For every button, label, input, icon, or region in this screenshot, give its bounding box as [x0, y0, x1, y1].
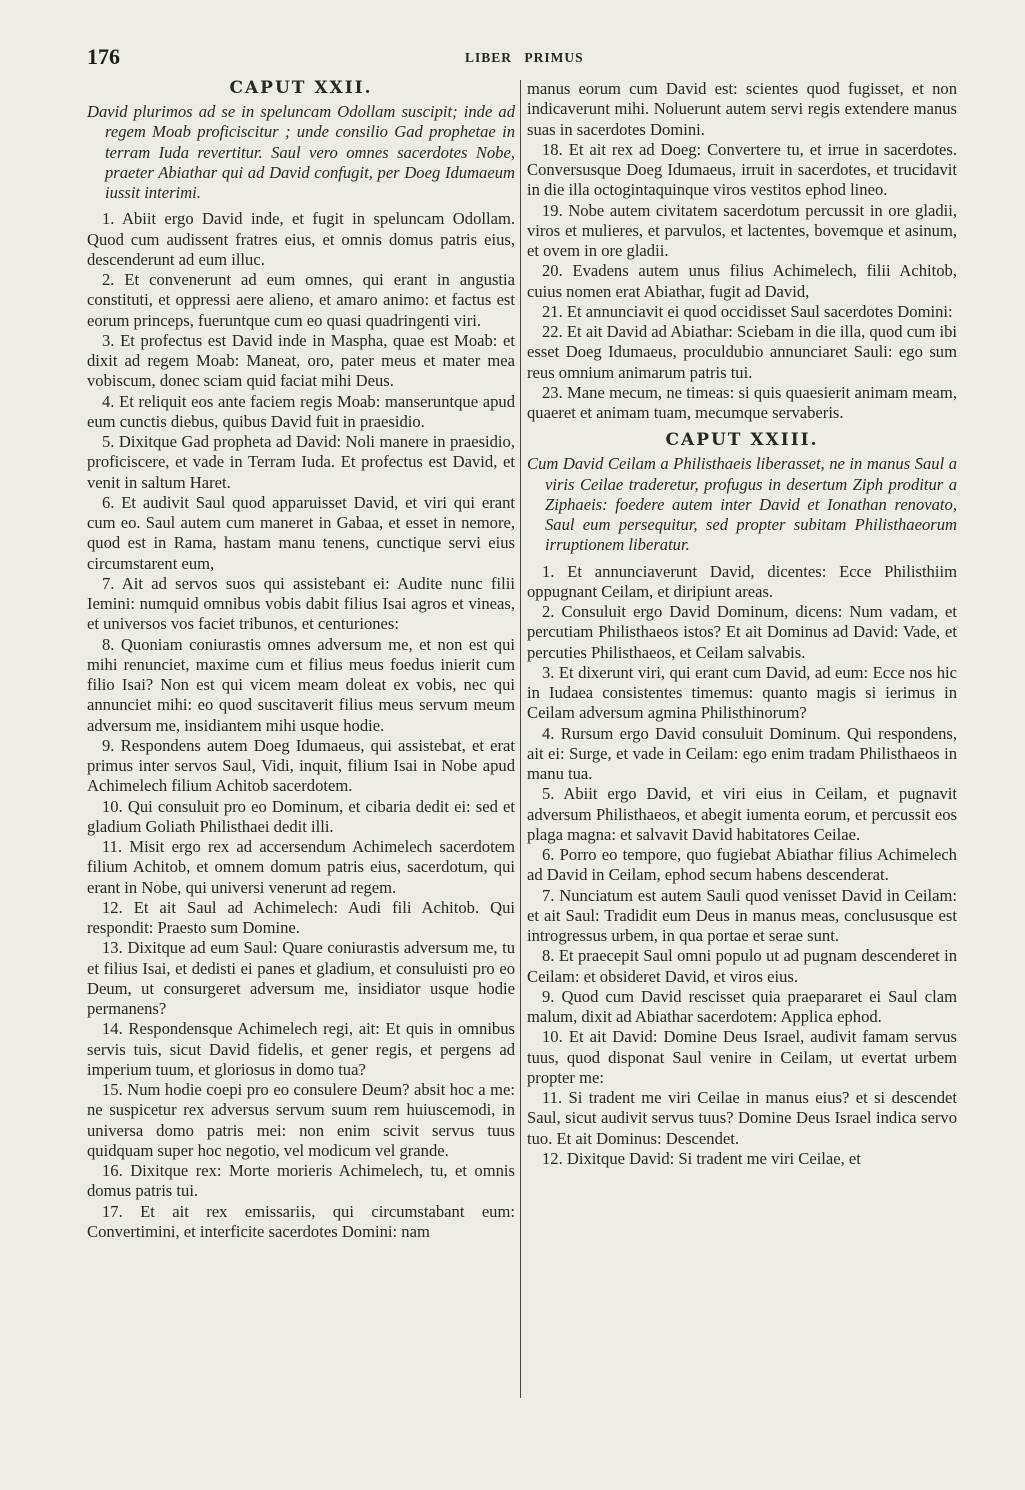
chapter-title: CAPUT XXII.	[87, 78, 515, 98]
verse-number: 11.	[102, 837, 122, 856]
verse: 14. Respondensque Achimelech regi, ait: …	[87, 1019, 515, 1080]
verse-text: Et ait David ad Abiathar: Sciebam in die…	[527, 322, 957, 382]
verse: 4. Et reliquit eos ante faciem regis Moa…	[87, 392, 515, 433]
verse-number: 8.	[542, 946, 554, 965]
verse: 3. Et dixerunt viri, qui erant cum David…	[527, 663, 957, 724]
verse: 8. Et praecepit Saul omni populo ut ad p…	[527, 946, 957, 987]
left-column: CAPUT XXII. David plurimos ad se in spel…	[87, 78, 515, 1242]
verse-number: 4.	[542, 724, 554, 743]
verse-number: 6.	[542, 845, 554, 864]
verse: 2. Et convenerunt ad eum omnes, qui eran…	[87, 270, 515, 331]
verse-text: Abiit ergo David, et viri eius in Ceilam…	[527, 784, 957, 844]
verse-number: 9.	[102, 736, 114, 755]
verse-number: 14.	[102, 1019, 123, 1038]
verse-number: 16.	[102, 1161, 123, 1180]
verse: 22. Et ait David ad Abiathar: Sciebam in…	[527, 322, 957, 383]
verse-number: 9.	[542, 987, 554, 1006]
verse-number: 3.	[102, 331, 114, 350]
verse-number: 22.	[542, 322, 563, 341]
verse-number: 1.	[542, 562, 554, 581]
verse-text: Quod cum David rescisset quia praeparare…	[527, 987, 957, 1026]
verse-text: Et praecepit Saul omni populo ut ad pugn…	[527, 946, 957, 985]
verse-text: Et ait Saul ad Achimelech: Audi fili Ach…	[87, 898, 515, 937]
verse-text: Dixitque Gad propheta ad David: Noli man…	[87, 432, 515, 492]
verse: 11. Si tradent me viri Ceilae in manus e…	[527, 1088, 957, 1149]
verse-text: Dixitque ad eum Saul: Quare coniurastis …	[87, 938, 515, 1018]
verse: 15. Num hodie coepi pro eo consulere Deu…	[87, 1080, 515, 1161]
verse-number: 2.	[542, 602, 554, 621]
verse: 20. Evadens autem unus filius Achimelech…	[527, 261, 957, 302]
verse-text: Respondensque Achimelech regi, ait: Et q…	[87, 1019, 515, 1079]
column-divider	[520, 80, 521, 1398]
verse-number: 12.	[542, 1149, 563, 1168]
verse: 10. Et ait David: Domine Deus Israel, au…	[527, 1027, 957, 1088]
verse-number: 2.	[102, 270, 114, 289]
verse: 11. Misit ergo rex ad accersendum Achime…	[87, 837, 515, 898]
verse: 2. Consuluit ergo David Dominum, dicens:…	[527, 602, 957, 663]
verse-text: Et profectus est David inde in Maspha, q…	[87, 331, 515, 391]
chapter-summary: Cum David Ceilam a Philisthaeis liberass…	[527, 454, 957, 555]
verse-number: 19.	[542, 201, 563, 220]
verse-text: Quoniam coniurastis omnes adversum me, e…	[87, 635, 515, 735]
verse-text: Et audivit Saul quod apparuisset David, …	[87, 493, 515, 573]
verse-text: Et dixerunt viri, qui erant cum David, a…	[527, 663, 957, 723]
verse-text: Evadens autem unus filius Achimelech, fi…	[527, 261, 957, 300]
verse: 12. Dixitque David: Si tradent me viri C…	[527, 1149, 957, 1169]
verse-number: 21.	[542, 302, 563, 321]
verse-text: Misit ergo rex ad accersendum Achimelech…	[87, 837, 515, 897]
verse: 17. Et ait rex emissariis, qui circumsta…	[87, 1202, 515, 1243]
verse-text: Qui consuluit pro eo Dominum, et cibaria…	[87, 797, 515, 836]
running-head: LIBER PRIMUS	[465, 50, 584, 66]
verse-text: Nunciatum est autem Sauli quod venisset …	[527, 886, 957, 946]
right-column: manus eorum cum David est: scientes quod…	[527, 79, 957, 1169]
verse-number: 11.	[542, 1088, 562, 1107]
verse: 7. Ait ad servos suos qui assistebant ei…	[87, 574, 515, 635]
verse: 6. Et audivit Saul quod apparuisset Davi…	[87, 493, 515, 574]
verse-number: 8.	[102, 635, 114, 654]
verse: 16. Dixitque rex: Morte morieris Achimel…	[87, 1161, 515, 1202]
verse-text: Respondens autem Doeg Idumaeus, qui assi…	[87, 736, 515, 796]
verse-number: 12.	[102, 898, 123, 917]
verse-text: Consuluit ergo David Dominum, dicens: Nu…	[527, 602, 957, 662]
verse-number: 6.	[102, 493, 114, 512]
verse: 5. Abiit ergo David, et viri eius in Cei…	[527, 784, 957, 845]
page-number: 176	[87, 44, 120, 70]
verse-text: Si tradent me viri Ceilae in manus eius?…	[527, 1088, 957, 1148]
verse: 12. Et ait Saul ad Achimelech: Audi fili…	[87, 898, 515, 939]
verse-number: 10.	[102, 797, 123, 816]
chapter-summary: David plurimos ad se in speluncam Odolla…	[87, 102, 515, 203]
verse-text: Mane mecum, ne timeas: si quis quaesieri…	[527, 383, 957, 422]
verse-number: 7.	[102, 574, 114, 593]
verse-text: Et convenerunt ad eum omnes, qui erant i…	[87, 270, 515, 330]
verse-number: 15.	[102, 1080, 123, 1099]
verse: 10. Qui consuluit pro eo Dominum, et cib…	[87, 797, 515, 838]
verse-text: Dixitque rex: Morte morieris Achimelech,…	[87, 1161, 515, 1200]
verse: 18. Et ait rex ad Doeg: Convertere tu, e…	[527, 140, 957, 201]
verse-text: Nobe autem civitatem sacerdotum percussi…	[527, 201, 957, 261]
verse: 4. Rursum ergo David consuluit Dominum. …	[527, 724, 957, 785]
verse-text: Porro eo tempore, quo fugiebat Abiathar …	[527, 845, 957, 884]
verse-list: 18. Et ait rex ad Doeg: Convertere tu, e…	[527, 140, 957, 424]
chapter-title: CAPUT XXIII.	[527, 430, 957, 450]
verse-text: Et ait rex ad Doeg: Convertere tu, et ir…	[527, 140, 957, 200]
verse: 1. Abiit ergo David inde, et fugit in sp…	[87, 209, 515, 270]
verse-text: Et annunciavit ei quod occidisset Saul s…	[567, 302, 953, 321]
verse: 5. Dixitque Gad propheta ad David: Noli …	[87, 432, 515, 493]
verse-text: Dixitque David: Si tradent me viri Ceila…	[567, 1149, 861, 1168]
verse: 7. Nunciatum est autem Sauli quod veniss…	[527, 886, 957, 947]
verse-number: 5.	[542, 784, 554, 803]
verse-number: 23.	[542, 383, 563, 402]
verse-number: 17.	[102, 1202, 123, 1221]
verse-number: 18.	[542, 140, 563, 159]
verse-text: Et ait rex emissariis, qui circumstabant…	[87, 1202, 515, 1241]
verse: 1. Et annunciaverunt David, dicentes: Ec…	[527, 562, 957, 603]
verse-text: Rursum ergo David consuluit Dominum. Qui…	[527, 724, 957, 784]
verse-number: 7.	[542, 886, 554, 905]
verse-number: 5.	[102, 432, 114, 451]
verse-text: Ait ad servos suos qui assistebant ei: A…	[87, 574, 515, 634]
verse: 6. Porro eo tempore, quo fugiebat Abiath…	[527, 845, 957, 886]
verse-number: 1.	[102, 209, 114, 228]
verse-text: Et reliquit eos ante faciem regis Moab: …	[87, 392, 515, 431]
verse-number: 20.	[542, 261, 563, 280]
verse: 19. Nobe autem civitatem sacerdotum perc…	[527, 201, 957, 262]
verse-continuation: manus eorum cum David est: scientes quod…	[527, 79, 957, 140]
verse-number: 4.	[102, 392, 114, 411]
verse-text: Et ait David: Domine Deus Israel, audivi…	[527, 1027, 957, 1087]
verse: 9. Quod cum David rescisset quia praepar…	[527, 987, 957, 1028]
verse-text: Abiit ergo David inde, et fugit in spelu…	[87, 209, 515, 269]
verse-number: 13.	[102, 938, 123, 957]
verse: 9. Respondens autem Doeg Idumaeus, qui a…	[87, 736, 515, 797]
verse-text: Num hodie coepi pro eo consulere Deum? a…	[87, 1080, 515, 1160]
verse: 8. Quoniam coniurastis omnes adversum me…	[87, 635, 515, 736]
verse: 13. Dixitque ad eum Saul: Quare coniuras…	[87, 938, 515, 1019]
verse-list: 1. Abiit ergo David inde, et fugit in sp…	[87, 209, 515, 1242]
verse: 3. Et profectus est David inde in Maspha…	[87, 331, 515, 392]
verse-number: 10.	[542, 1027, 563, 1046]
verse: 23. Mane mecum, ne timeas: si quis quaes…	[527, 383, 957, 424]
verse-text: Et annunciaverunt David, dicentes: Ecce …	[527, 562, 957, 601]
verse: 21. Et annunciavit ei quod occidisset Sa…	[527, 302, 957, 322]
verse-list: 1. Et annunciaverunt David, dicentes: Ec…	[527, 562, 957, 1170]
verse-number: 3.	[542, 663, 554, 682]
